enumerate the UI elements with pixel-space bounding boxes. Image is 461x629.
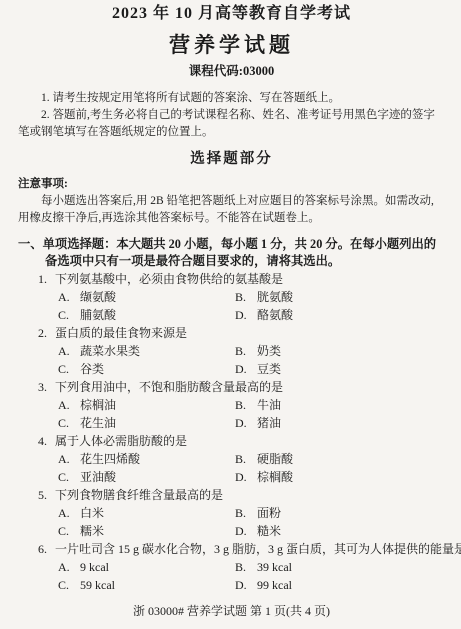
question-stem: 下列氨基酸中，必须由食物供给的氨基酸是 <box>55 270 283 288</box>
option-text: 蔬菜水果类 <box>80 342 140 360</box>
option-text: 奶类 <box>257 342 281 360</box>
question-2: 2. 蛋白质的最佳食物来源是 A. 蔬菜水果类 B. 奶类 C. 谷类 <box>18 324 445 378</box>
question-number: 3. <box>38 378 55 396</box>
option-label: A. <box>58 288 80 306</box>
question-stem: 蛋白质的最佳食物来源是 <box>55 324 187 342</box>
option-text: 糙米 <box>257 522 281 540</box>
option-label: C. <box>58 576 80 594</box>
option-text: 牛油 <box>257 396 281 414</box>
notice-text: 每小题选出答案后,用 2B 铅笔把答题纸上对应题目的答案标号涂黑。如需改动,用橡… <box>18 193 445 227</box>
option-text: 猪油 <box>257 414 281 432</box>
option-label: D. <box>235 360 257 378</box>
option-label: D. <box>235 522 257 540</box>
option-text: 9 kcal <box>80 558 109 576</box>
option-a: A. 蔬菜水果类 <box>58 342 235 360</box>
option-text: 花生油 <box>80 414 116 432</box>
option-label: B. <box>235 342 257 360</box>
question-stem-row: 5. 下列食物膳食纤维含量最高的是 <box>18 486 445 504</box>
option-text: 缬氨酸 <box>80 288 116 306</box>
option-text: 谷类 <box>80 360 104 378</box>
notice-block: 注意事项: 每小题选出答案后,用 2B 铅笔把答题纸上对应题目的答案标号涂黑。如… <box>18 176 445 227</box>
option-a: A. 9 kcal <box>58 558 235 576</box>
notice-label: 注意事项: <box>18 176 445 193</box>
question-5: 5. 下列食物膳食纤维含量最高的是 A. 白米 B. 面粉 C. 糯米 <box>18 486 445 540</box>
option-label: B. <box>235 288 257 306</box>
option-text: 糯米 <box>80 522 104 540</box>
instruction-item-1: 1. 请考生按规定用笔将所有试题的答案涂、写在答题纸上。 <box>18 90 445 107</box>
question-6: 6. 一片吐司含 15 g 碳水化合物，3 g 脂肪，3 g 蛋白质，其可为人体… <box>18 540 445 594</box>
option-b: B. 硬脂酸 <box>235 450 293 468</box>
option-b: B. 奶类 <box>235 342 281 360</box>
question-stem-row: 1. 下列氨基酸中，必须由食物供给的氨基酸是 <box>18 270 445 288</box>
option-text: 棕榈酸 <box>257 468 293 486</box>
option-b: B. 39 kcal <box>235 558 292 576</box>
option-c: C. 糯米 <box>58 522 235 540</box>
question-list: 1. 下列氨基酸中，必须由食物供给的氨基酸是 A. 缬氨酸 B. 胱氨酸 C. … <box>18 270 445 594</box>
option-label: C. <box>58 468 80 486</box>
instruction-item-2: 2. 答题前,考生务必将自己的考试课程名称、姓名、准考证号用黑色字迹的签字笔或钢… <box>18 107 445 141</box>
question-stem: 下列食物膳食纤维含量最高的是 <box>55 486 223 504</box>
option-label: B. <box>235 396 257 414</box>
option-c: C. 花生油 <box>58 414 235 432</box>
question-number: 6. <box>38 540 55 558</box>
option-label: C. <box>58 414 80 432</box>
option-d: D. 豆类 <box>235 360 281 378</box>
option-text: 硬脂酸 <box>257 450 293 468</box>
option-row: A. 棕榈油 B. 牛油 <box>18 396 445 414</box>
option-d: D. 糙米 <box>235 522 281 540</box>
section-heading: 选择题部分 <box>18 150 445 168</box>
question-stem: 下列食用油中，不饱和脂肪酸含量最高的是 <box>55 378 283 396</box>
option-row: A. 9 kcal B. 39 kcal <box>18 558 445 576</box>
option-c: C. 脯氨酸 <box>58 306 235 324</box>
option-label: C. <box>58 522 80 540</box>
page-footer: 浙 03000# 营养学试题 第 1 页(共 4 页) <box>18 603 445 619</box>
option-text: 亚油酸 <box>80 468 116 486</box>
option-d: D. 猪油 <box>235 414 281 432</box>
question-number: 5. <box>38 486 55 504</box>
option-row: C. 糯米 D. 糙米 <box>18 522 445 540</box>
question-4: 4. 属于人体必需脂肪酸的是 A. 花生四烯酸 B. 硬脂酸 C. 亚油酸 <box>18 432 445 486</box>
option-b: B. 牛油 <box>235 396 281 414</box>
option-text: 59 kcal <box>80 576 115 594</box>
question-stem-row: 2. 蛋白质的最佳食物来源是 <box>18 324 445 342</box>
question-stem-row: 6. 一片吐司含 15 g 碳水化合物，3 g 脂肪，3 g 蛋白质，其可为人体… <box>18 540 445 558</box>
option-text: 脯氨酸 <box>80 306 116 324</box>
option-label: D. <box>235 468 257 486</box>
question-stem: 一片吐司含 15 g 碳水化合物，3 g 脂肪，3 g 蛋白质，其可为人体提供的… <box>55 540 461 558</box>
option-text: 胱氨酸 <box>257 288 293 306</box>
option-label: A. <box>58 342 80 360</box>
question-stem-row: 3. 下列食用油中，不饱和脂肪酸含量最高的是 <box>18 378 445 396</box>
question-stem-row: 4. 属于人体必需脂肪酸的是 <box>18 432 445 450</box>
option-label: B. <box>235 504 257 522</box>
option-row: C. 花生油 D. 猪油 <box>18 414 445 432</box>
option-label: C. <box>58 306 80 324</box>
option-row: A. 白米 B. 面粉 <box>18 504 445 522</box>
option-d: D. 酪氨酸 <box>235 306 293 324</box>
option-text: 棕榈油 <box>80 396 116 414</box>
option-label: A. <box>58 504 80 522</box>
option-label: C. <box>58 360 80 378</box>
question-number: 2. <box>38 324 55 342</box>
option-a: A. 花生四烯酸 <box>58 450 235 468</box>
option-d: D. 99 kcal <box>235 576 292 594</box>
option-row: C. 脯氨酸 D. 酪氨酸 <box>18 306 445 324</box>
question-number: 4. <box>38 432 55 450</box>
course-code: 课程代码:03000 <box>18 63 445 79</box>
option-row: C. 谷类 D. 豆类 <box>18 360 445 378</box>
question-number: 1. <box>38 270 55 288</box>
option-text: 酪氨酸 <box>257 306 293 324</box>
exam-session-title: 2023 年 10 月高等教育自学考试 <box>18 4 445 24</box>
option-a: A. 缬氨酸 <box>58 288 235 306</box>
option-text: 豆类 <box>257 360 281 378</box>
option-b: B. 胱氨酸 <box>235 288 293 306</box>
option-row: C. 59 kcal D. 99 kcal <box>18 576 445 594</box>
option-label: D. <box>235 306 257 324</box>
part-one-heading: 一、单项选择题：本大题共 20 小题，每小题 1 分，共 20 分。在每小题列出… <box>18 236 445 270</box>
exam-paper-page: 2023 年 10 月高等教育自学考试 营养学试题 课程代码:03000 1. … <box>0 0 461 629</box>
question-stem: 属于人体必需脂肪酸的是 <box>55 432 187 450</box>
question-3: 3. 下列食用油中，不饱和脂肪酸含量最高的是 A. 棕榈油 B. 牛油 C. 花… <box>18 378 445 432</box>
option-label: D. <box>235 576 257 594</box>
option-label: D. <box>235 414 257 432</box>
option-label: B. <box>235 450 257 468</box>
option-row: C. 亚油酸 D. 棕榈酸 <box>18 468 445 486</box>
option-b: B. 面粉 <box>235 504 281 522</box>
option-text: 99 kcal <box>257 576 292 594</box>
question-1: 1. 下列氨基酸中，必须由食物供给的氨基酸是 A. 缬氨酸 B. 胱氨酸 C. … <box>18 270 445 324</box>
option-c: C. 59 kcal <box>58 576 235 594</box>
general-instructions: 1. 请考生按规定用笔将所有试题的答案涂、写在答题纸上。 2. 答题前,考生务必… <box>18 90 445 141</box>
option-row: A. 花生四烯酸 B. 硬脂酸 <box>18 450 445 468</box>
option-c: C. 亚油酸 <box>58 468 235 486</box>
option-text: 面粉 <box>257 504 281 522</box>
option-label: A. <box>58 558 80 576</box>
paper-title: 营养学试题 <box>18 32 445 58</box>
option-text: 花生四烯酸 <box>80 450 140 468</box>
option-c: C. 谷类 <box>58 360 235 378</box>
option-label: A. <box>58 450 80 468</box>
option-label: B. <box>235 558 257 576</box>
option-text: 白米 <box>80 504 104 522</box>
option-label: A. <box>58 396 80 414</box>
option-row: A. 缬氨酸 B. 胱氨酸 <box>18 288 445 306</box>
option-row: A. 蔬菜水果类 B. 奶类 <box>18 342 445 360</box>
option-d: D. 棕榈酸 <box>235 468 293 486</box>
option-a: A. 棕榈油 <box>58 396 235 414</box>
option-a: A. 白米 <box>58 504 235 522</box>
option-text: 39 kcal <box>257 558 292 576</box>
